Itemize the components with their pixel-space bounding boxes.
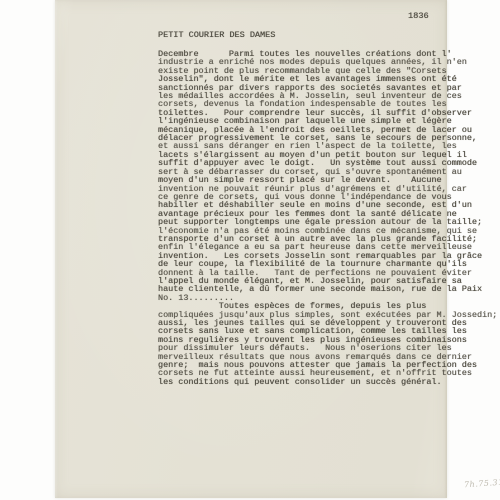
pencil-annotation: 7h.75.31 bbox=[464, 478, 500, 490]
text-line: merveilleux résultats que nous avons rem… bbox=[158, 353, 500, 361]
text-line: l'économie n'a pas été moins combinée da… bbox=[158, 227, 500, 235]
text-line: corsets ne fut atteinte aussi heureuseme… bbox=[158, 369, 500, 377]
text-line: l'ingénieuse combinaison par laquelle un… bbox=[158, 117, 500, 125]
text-line: existe point de plus recommandable que c… bbox=[158, 67, 500, 75]
document-body: Decembre Parmi toutes les nouvelles créa… bbox=[158, 50, 500, 386]
text-line: sert à se débarrasser du corset, qui s'o… bbox=[158, 168, 500, 176]
text-line: aussi, les jeunes tailles qui se dévelop… bbox=[158, 319, 500, 327]
text-line: corsets, devenus la fondation indespensa… bbox=[158, 100, 500, 108]
document-page: 1836 PETIT COURIER DES DAMES Decembre Pa… bbox=[55, 0, 447, 498]
text-line: No. 13......... bbox=[158, 294, 500, 302]
text-line: invention. Les corsets Josselin sont rem… bbox=[158, 252, 500, 260]
document-title: PETIT COURIER DES DAMES bbox=[158, 31, 275, 40]
year-stamp: 1836 bbox=[408, 12, 429, 21]
text-line: ce genre de corsets, qui vous donne l'in… bbox=[158, 193, 500, 201]
text-line: donnent à la taille. Tant de perfections… bbox=[158, 269, 500, 277]
text-line: lacets s'élargissent au moyen d'un petit… bbox=[158, 151, 500, 159]
text-line: les conditions qui peuvent consolider un… bbox=[158, 378, 500, 386]
